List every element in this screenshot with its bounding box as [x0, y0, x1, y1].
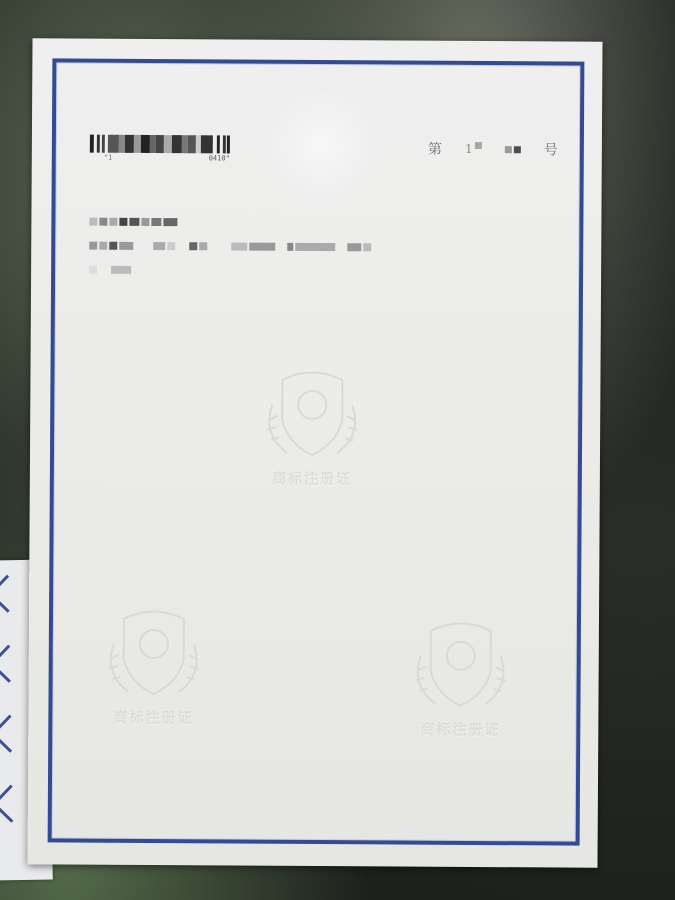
- watermark-seal-left: 商标注册证: [93, 604, 214, 729]
- border-pattern: [0, 575, 26, 613]
- barcode-bars: [90, 135, 230, 154]
- redacted-line: [89, 214, 559, 233]
- border-pattern: [0, 715, 29, 753]
- barcode: "1 0410": [90, 135, 230, 164]
- police-badge-emblem-icon: [405, 616, 516, 717]
- certificate-sheet: "1 0410" 第 1 号 商标注册证: [27, 38, 602, 867]
- redacted-line: [89, 238, 559, 257]
- document-number: 第 1 号: [428, 139, 558, 160]
- watermark-seal-right: 商标注册证: [400, 616, 521, 741]
- police-badge-emblem-icon: [98, 604, 209, 705]
- border-pattern: [0, 785, 30, 823]
- barcode-caption-prefix: "1: [104, 154, 112, 162]
- document-number-value: 1: [465, 142, 482, 156]
- redaction: [475, 142, 482, 149]
- watermark-caption: 商标注册证: [252, 469, 372, 490]
- police-badge-emblem-icon: [257, 365, 368, 466]
- document-number-redacted: [505, 146, 521, 153]
- watermark-caption: 商标注册证: [400, 720, 520, 741]
- barcode-caption: 0410": [209, 154, 230, 162]
- document-number-prefix: 第: [428, 139, 442, 159]
- document-number-suffix: 号: [544, 139, 558, 159]
- redacted-line: [89, 262, 559, 281]
- watermark-seal-center: 商标注册证: [252, 365, 373, 490]
- number-visible-digit: 1: [465, 142, 473, 156]
- watermark-caption: 商标注册证: [93, 708, 213, 729]
- light-glare: [262, 90, 383, 201]
- redacted-body-text: [89, 214, 559, 289]
- border-pattern: [0, 645, 28, 683]
